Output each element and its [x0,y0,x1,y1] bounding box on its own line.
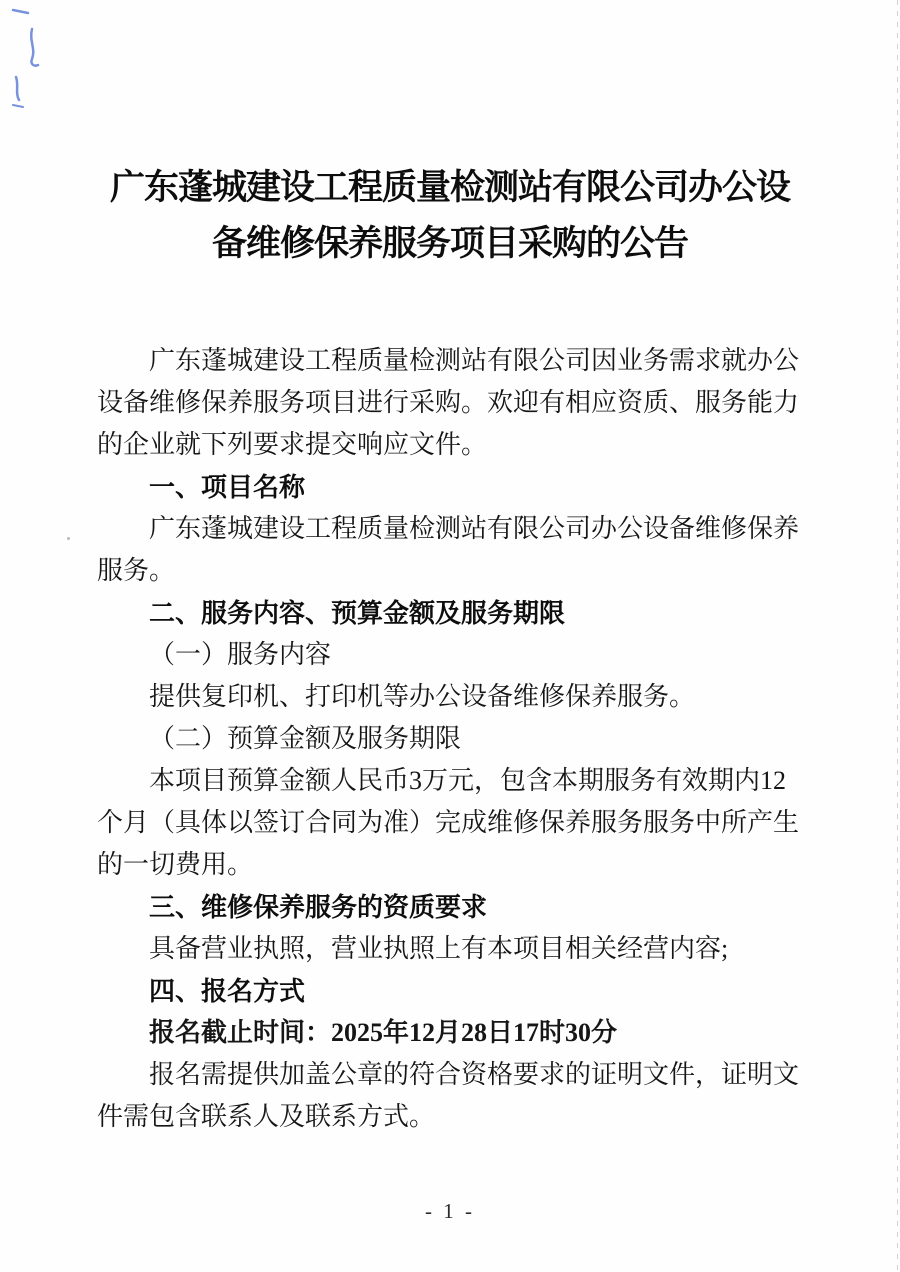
section-3-heading: 三、维修保养服务的资质要求 [97,886,803,928]
registration-deadline: 报名截止时间：2025年12月28日17时30分 [97,1012,803,1054]
section-4-paragraph: 报名需提供加盖公章的符合资格要求的证明文件，证明文 件需包含联系人及联系方式。 [97,1054,803,1138]
document-title: 广东蓬城建设工程质量检测站有限公司办公设 备维修保养服务项目采购的公告 [60,160,840,272]
section-1-paragraph: 广东蓬城建设工程质量检测站有限公司办公设备维修保养 服务。 [97,508,803,592]
scanned-document-page: 广东蓬城建设工程质量检测站有限公司办公设 备维修保养服务项目采购的公告 广东蓬城… [0,0,900,1272]
section-2-sub-1-heading: （一）服务内容 [97,634,803,676]
section-4-heading: 四、报名方式 [97,970,803,1012]
section-2-sub-2-heading: （二）预算金额及服务期限 [97,718,803,760]
section-3-paragraph: 具备营业执照，营业执照上有本项目相关经营内容; [97,928,803,970]
section-2-heading: 二、服务内容、预算金额及服务期限 [97,592,803,634]
scan-edge-dashed-line [897,0,898,1272]
section-2-sub-1-paragraph: 提供复印机、打印机等办公设备维修保养服务。 [97,676,803,718]
document-body: 广东蓬城建设工程质量检测站有限公司因业务需求就办公 设备维修保养服务项目进行采购… [97,340,803,1138]
intro-paragraph: 广东蓬城建设工程质量检测站有限公司因业务需求就办公 设备维修保养服务项目进行采购… [97,340,803,466]
section-2-sub-2-paragraph: 本项目预算金额人民币3万元，包含本期服务有效期内12 个月（具体以签订合同为准）… [97,760,803,886]
page-number: - 1 - [0,1199,900,1224]
section-1-heading: 一、项目名称 [97,466,803,508]
scan-speckle [67,537,70,540]
blue-ink-mark [5,3,45,111]
